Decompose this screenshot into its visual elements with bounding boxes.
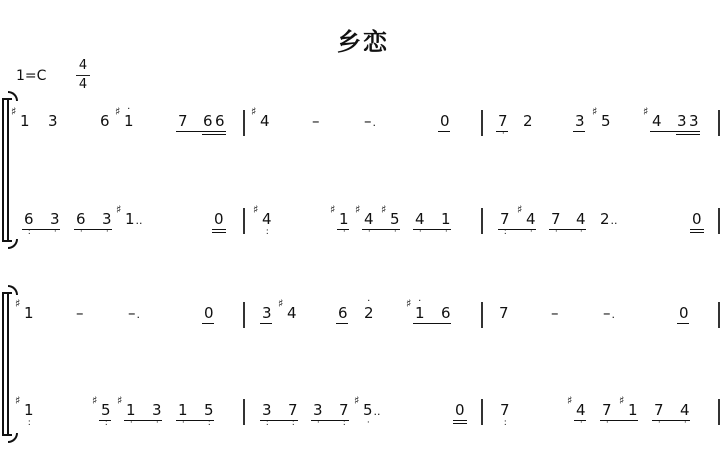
note: 1♯· [126,401,136,419]
note: 5♯ [601,112,611,130]
note: 7· [654,401,664,419]
octave-down-dot: : [504,420,506,426]
note: 3· [152,401,162,419]
beam-underline [74,229,112,230]
sharp-icon: ♯ [406,295,411,313]
augmentation-dot: .. [611,214,618,227]
augmentation-dot: .. [374,405,381,418]
note: 5: [204,401,214,419]
note: 1♯ [20,112,30,130]
note-digit: 5: [204,401,214,419]
sharp-icon: ♯ [643,103,648,121]
note: 2 [523,112,533,130]
octave-up-dot: · [127,106,130,114]
beam-underline [99,420,111,421]
note-digit: 0 [455,401,465,419]
beam-underline [337,229,349,230]
note-digit: 4♯ [260,112,270,130]
note-digit: 6: [24,210,34,228]
note-digit: 1♯ [125,210,135,228]
barline [481,208,483,234]
note: 1♯· [124,112,134,130]
note-digit: 4· [680,401,690,419]
note: 4♯: [262,210,272,228]
note-digit: 7: [500,401,510,419]
beam-underline [336,323,348,324]
barline [243,208,245,234]
note: 6 [100,112,110,130]
beam-underline [124,420,162,421]
note-digit: 7· [602,401,612,419]
note-digit: 7· [498,112,508,130]
note-digit: 7: [500,210,510,228]
beam-underline [549,229,586,230]
note: 7 [178,112,188,130]
note-digit: – [128,304,136,322]
sharp-icon: ♯ [592,103,597,121]
note-digit: 3· [102,210,112,228]
note-digit: 1♯ [628,401,638,419]
note: 1♯.. [125,210,143,230]
note-digit: 4♯· [526,210,536,228]
beam-underline [362,229,400,230]
octave-up-dot: · [367,298,370,306]
beam-underline [573,131,585,132]
note: 0 [204,304,214,322]
note: 7: [500,210,510,228]
barline [243,110,245,136]
note: 1♯: [24,401,34,419]
note: 6 [203,112,213,130]
note: 0 [214,210,224,228]
note-digit: 6· [76,210,86,228]
octave-down-dot: · [367,420,369,426]
augmentation-dot: . [137,308,141,321]
note: –. [364,112,376,132]
note: 3· [50,210,60,228]
beam-underline [676,134,700,135]
note-digit: 4· [415,210,425,228]
beam-underline [690,232,704,233]
fraction-line [76,75,90,76]
note-digit: 6 [338,304,348,322]
barline [718,208,720,234]
sharp-icon: ♯ [15,392,20,410]
note: 4♯· [364,210,374,228]
sharp-icon: ♯ [115,103,120,121]
note-digit: 4♯· [364,210,374,228]
time-signature-top: 4 [79,58,87,73]
augmentation-dot: . [373,116,377,129]
note: 1· [178,401,188,419]
note-digit: 3· [152,401,162,419]
note-digit: 0 [214,210,224,228]
note: 3· [313,401,323,419]
note-digit: 7· [654,401,664,419]
note: 4♯ [652,112,662,130]
note-digit: 0 [692,210,702,228]
note-digit: 2 [523,112,533,130]
note: 6: [24,210,34,228]
beam-underline [202,134,226,135]
octave-down-dot: : [28,420,30,426]
system-1-upper-staff: 1♯361♯·7664♯––.07·235♯4♯33 [0,104,726,144]
note: 6 [338,304,348,322]
note-digit: 5♯: [101,401,111,419]
note-digit: 0 [204,304,214,322]
note: 3 [48,112,58,130]
note: 7 [499,304,509,322]
barline [481,110,483,136]
note: 5♯· [390,210,400,228]
note-digit: 3 [677,112,687,130]
sharp-icon: ♯ [15,295,20,313]
note: –. [603,304,615,324]
sharp-icon: ♯ [567,392,572,410]
note-digit: 4♯ [652,112,662,130]
note-digit: 7· [551,210,561,228]
beam-underline [176,131,226,132]
note-digit: – [76,304,84,322]
sharp-icon: ♯ [117,392,122,410]
note-digit: 1♯· [415,304,425,322]
sharp-icon: ♯ [92,392,97,410]
note-digit: 1♯· [339,210,349,228]
note-digit: 2 [600,210,610,228]
note: 5♯: [101,401,111,419]
note: 1♯· [415,304,425,322]
note: 7· [602,401,612,419]
note: 7: [339,401,349,419]
note: 6 [215,112,225,130]
note-digit: 1♯: [24,401,34,419]
note: 3 [689,112,699,130]
note-digit: 4♯· [576,401,586,419]
note: 0 [455,401,465,419]
sharp-icon: ♯ [619,392,624,410]
beam-underline [453,423,467,424]
note-digit: 4· [576,210,586,228]
beam-underline [650,131,700,132]
note: 4· [680,401,690,419]
note: 0 [440,112,450,130]
note: 2· [364,304,374,322]
note: 7· [551,210,561,228]
barline [718,399,720,425]
note-digit: 1♯ [20,112,30,130]
note-digit: 3: [262,401,272,419]
beam-underline [574,420,586,421]
sharp-icon: ♯ [253,201,258,219]
note: – [551,304,559,322]
note-digit: 5♯· [390,210,400,228]
beam-underline [438,131,450,132]
system-1-lower-staff: 6:3·6·3·1♯..04♯:1♯·4♯·5♯·4·1·7:4♯·7·4·2.… [0,202,726,242]
augmentation-dot: . [612,308,616,321]
note: 0 [679,304,689,322]
note-digit: 1♯· [126,401,136,419]
beam-underline [202,323,214,324]
note-digit: – [312,112,320,130]
barline [243,399,245,425]
sharp-icon: ♯ [116,201,121,219]
beam-underline [260,323,272,324]
note: 0 [692,210,702,228]
note: – [312,112,320,130]
note-digit: 5♯ [601,112,611,130]
sharp-icon: ♯ [355,201,360,219]
sharp-icon: ♯ [354,392,359,410]
beam-underline [413,229,451,230]
beam-underline [311,420,349,421]
note: 4♯· [526,210,536,228]
beam-underline [260,420,298,421]
note-digit: 3· [50,210,60,228]
note: 4♯ [260,112,270,130]
sharp-icon: ♯ [278,295,283,313]
beam-underline [413,323,451,324]
note: 3· [102,210,112,228]
note-digit: 2· [364,304,374,322]
note: 1· [441,210,451,228]
note-digit: 1♯· [124,112,134,130]
note-digit: 3 [262,304,272,322]
score-title: 乡恋 [0,22,726,57]
note: 5♯·.. [363,401,381,421]
note-digit: 0 [440,112,450,130]
beam-underline [212,229,226,230]
note: 1♯· [339,210,349,228]
note: 4· [576,210,586,228]
note-digit: – [551,304,559,322]
note-digit: 7 [499,304,509,322]
note: –. [128,304,140,324]
note-digit: 3 [689,112,699,130]
note-digit: 1♯ [24,304,34,322]
note-digit: 7 [178,112,188,130]
beam-underline [498,229,536,230]
note: 3: [262,401,272,419]
beam-underline [212,232,226,233]
note-digit: 6 [441,304,451,322]
system-2-upper-staff: 1♯––.034♯62·1♯·67––.0 [0,296,726,336]
system-2-lower-staff: 1♯:5♯:1♯·3·1·5:3:7:3·7:5♯·..07:4♯·7·1♯7·… [0,393,726,433]
note: 3 [575,112,585,130]
key-signature: 1=C [16,68,46,84]
note: 4♯· [576,401,586,419]
note-digit: 6 [215,112,225,130]
note: 2.. [600,210,618,230]
note: – [76,304,84,322]
barline [481,302,483,328]
beam-underline [22,229,60,230]
note-digit: 1· [441,210,451,228]
note-digit: 5♯· [363,401,373,419]
beam-underline [176,420,214,421]
beam-underline [453,420,467,421]
time-signature-bottom: 4 [79,77,87,92]
note-digit: – [603,304,611,322]
barline [243,302,245,328]
note-digit: 4♯ [287,304,297,322]
octave-up-dot: · [418,298,421,306]
note: 1♯ [24,304,34,322]
beam-underline [496,131,508,132]
barline [718,110,720,136]
note-digit: 6 [100,112,110,130]
note: 4♯ [287,304,297,322]
beam-underline [652,420,690,421]
note-digit: 3 [575,112,585,130]
note: 6 [441,304,451,322]
sharp-icon: ♯ [381,201,386,219]
beam-underline [600,420,638,421]
octave-down-dot: : [266,229,268,235]
note: 3 [677,112,687,130]
note-digit: 3· [313,401,323,419]
note-digit: 0 [679,304,689,322]
note-digit: 4♯: [262,210,272,228]
sharp-icon: ♯ [11,103,16,121]
note-digit: 6 [203,112,213,130]
barline [481,399,483,425]
note: 1♯ [628,401,638,419]
beam-underline [677,323,689,324]
note: 4· [415,210,425,228]
sharp-icon: ♯ [251,103,256,121]
augmentation-dot: .. [136,214,143,227]
beam-underline [690,229,704,230]
note: 6· [76,210,86,228]
note: 7· [498,112,508,130]
note: 3 [262,304,272,322]
note-digit: 1· [178,401,188,419]
note-digit: 3 [48,112,58,130]
note-digit: 7: [339,401,349,419]
note-digit: – [364,112,372,130]
sharp-icon: ♯ [330,201,335,219]
note: 7: [288,401,298,419]
note-digit: 7: [288,401,298,419]
note: 7: [500,401,510,419]
sharp-icon: ♯ [517,201,522,219]
time-signature: 4 4 [76,58,90,93]
barline [718,302,720,328]
